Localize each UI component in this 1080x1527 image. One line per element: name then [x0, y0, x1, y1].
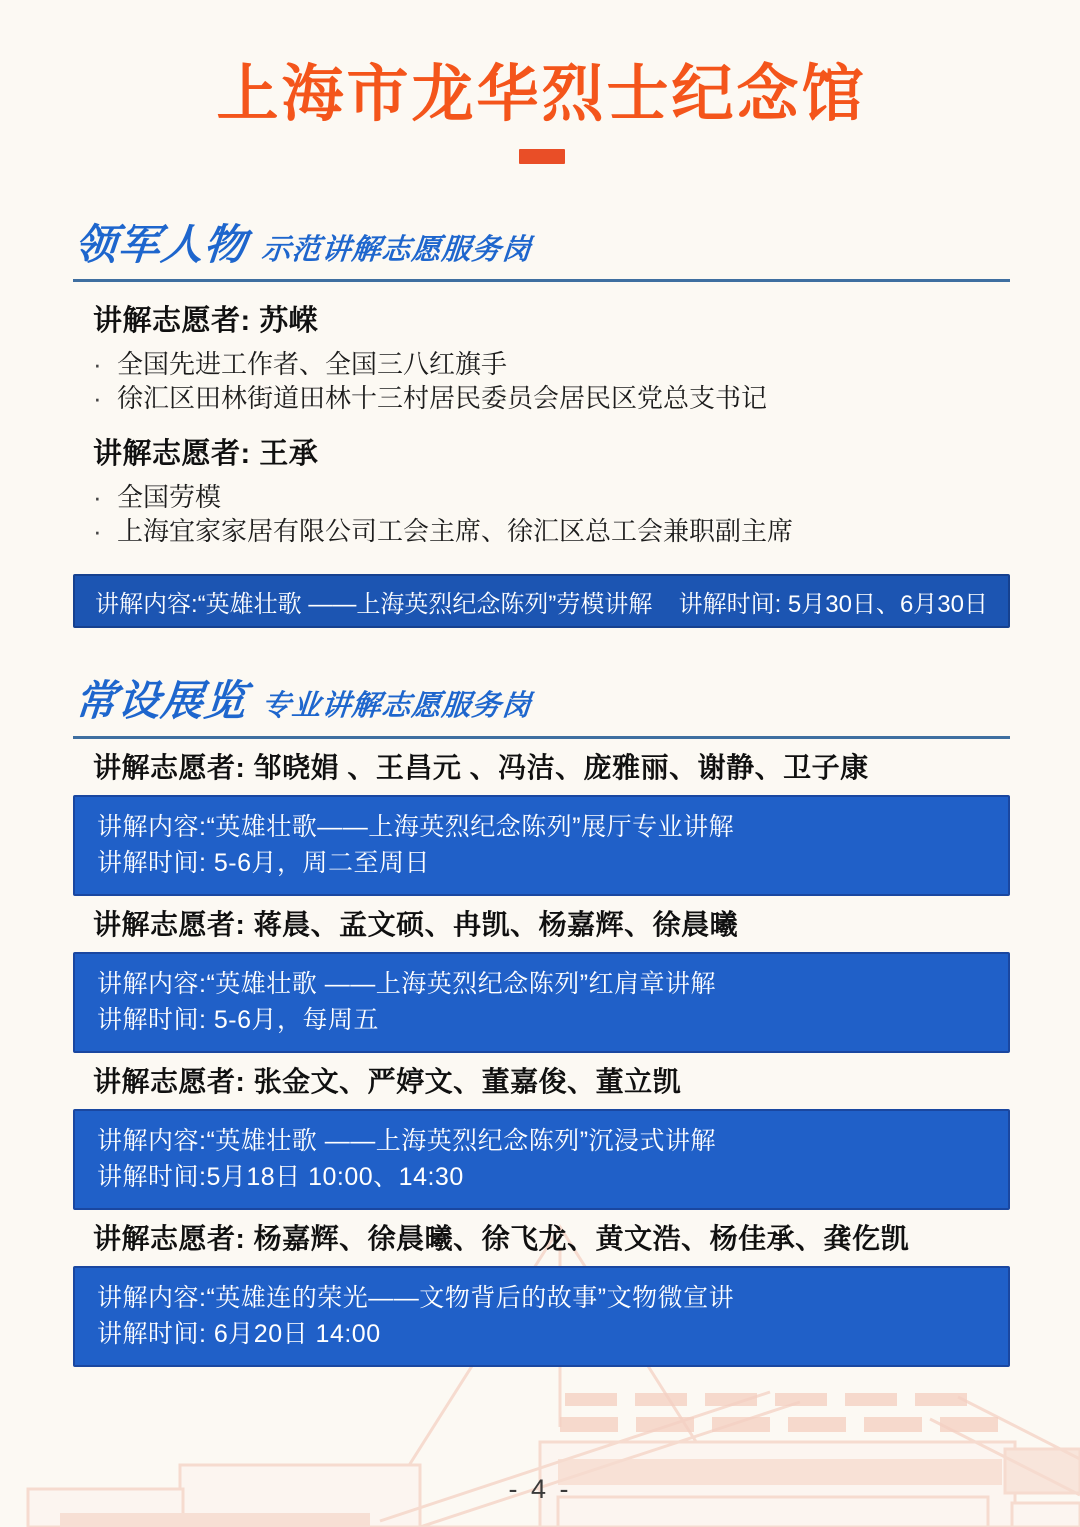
schedule-block: 讲解内容:“英雄壮歌 ——上海英烈纪念陈列”红肩章讲解 讲解时间: 5-6月，每…: [73, 952, 1010, 1053]
credential-text: 徐汇区田林街道田林十三村居民委员会居民区党总支书记: [117, 381, 767, 415]
section-exhibits-title: 常设展览: [73, 678, 249, 724]
volunteers-row: 讲解志愿者: 张金文、严婷文、董嘉俊、董立凯: [73, 1053, 1010, 1109]
bullet-icon: ·: [93, 381, 117, 415]
schedule-content: 讲解内容:“英雄壮歌——上海英烈纪念陈列”展厅专业讲解: [97, 811, 988, 843]
volunteers-row: 讲解志愿者: 蒋晨、孟文硕、冉凯、杨嘉辉、徐晨曦: [73, 896, 1010, 952]
section-exhibits-header: 常设展览 专业讲解志愿服务岗: [73, 678, 1014, 724]
volunteer-label: 讲解志愿者:: [93, 438, 259, 470]
schedule-time: 讲解时间: 6月20日 14:00: [97, 1318, 988, 1350]
schedule-block: 讲解内容:“英雄壮歌 ——上海英烈纪念陈列”沉浸式讲解 讲解时间:5月18日 1…: [73, 1109, 1010, 1210]
bullet-icon: ·: [93, 347, 117, 381]
schedule-time: 讲解时间: 5月30日、6月30日: [679, 584, 988, 619]
schedule-block: 讲解内容:“英雄壮歌——上海英烈纪念陈列”展厅专业讲解 讲解时间: 5-6月，周…: [73, 795, 1010, 896]
section-exhibits: 常设展览 专业讲解志愿服务岗 讲解志愿者: 邹晓娟 、王昌元 、冯洁、庞雅丽、谢…: [73, 678, 1010, 1366]
volunteer-name-line: 讲解志愿者: 王承: [93, 437, 1010, 471]
section-leaders-underline: [73, 279, 1010, 282]
volunteer-entry: 讲解志愿者: 王承 · 全国劳模 · 上海宜家家居有限公司工会主席、徐汇区总工会…: [73, 437, 1010, 548]
volunteer-name-line: 讲解志愿者: 苏嵘: [93, 304, 1010, 338]
volunteer-name: 王承: [259, 438, 318, 470]
credential-item: · 全国劳模: [93, 480, 1010, 514]
bullet-icon: ·: [93, 514, 117, 548]
page-title: 上海市龙华烈士纪念馆: [73, 0, 1010, 131]
schedule-content: 讲解内容:“英雄壮歌 ——上海英烈纪念陈列”沉浸式讲解: [97, 1125, 988, 1157]
volunteer-label: 讲解志愿者:: [93, 305, 259, 337]
poster-content: 上海市龙华烈士纪念馆 领军人物 示范讲解志愿服务岗 讲解志愿者: 苏嵘 · 全国…: [0, 0, 1080, 1367]
volunteers-row: 讲解志愿者: 杨嘉辉、徐晨曦、徐飞龙、黄文浩、杨佳承、龚仡凯: [73, 1210, 1010, 1266]
schedule-bar: 讲解内容:“英雄壮歌 ——上海英烈纪念陈列”劳模讲解 讲解时间: 5月30日、6…: [73, 574, 1010, 628]
section-exhibits-subtitle: 专业讲解志愿服务岗: [260, 691, 533, 723]
schedule-time: 讲解时间: 5-6月，每周五: [97, 1004, 988, 1036]
volunteers-row: 讲解志愿者: 邹晓娟 、王昌元 、冯洁、庞雅丽、谢静、卫子康: [73, 739, 1010, 795]
schedule-content: 讲解内容:“英雄连的荣光——文物背后的故事”文物微宣讲: [97, 1282, 988, 1314]
poster-page: 上海市龙华烈士纪念馆 领军人物 示范讲解志愿服务岗 讲解志愿者: 苏嵘 · 全国…: [0, 0, 1080, 1527]
schedule-time: 讲解时间: 5-6月，周二至周日: [97, 847, 988, 879]
section-leaders-subtitle: 示范讲解志愿服务岗: [260, 235, 533, 267]
schedule-block: 讲解内容:“英雄连的荣光——文物背后的故事”文物微宣讲 讲解时间: 6月20日 …: [73, 1266, 1010, 1367]
volunteer-credentials: · 全国先进工作者、全国三八红旗手 · 徐汇区田林街道田林十三村居民委员会居民区…: [93, 347, 1010, 415]
bullet-icon: ·: [93, 480, 117, 514]
title-dash-decoration: [519, 149, 565, 164]
credential-text: 全国先进工作者、全国三八红旗手: [117, 347, 507, 381]
section-leaders: 领军人物 示范讲解志愿服务岗 讲解志愿者: 苏嵘 · 全国先进工作者、全国三八红…: [73, 222, 1010, 628]
volunteer-name: 苏嵘: [259, 305, 318, 337]
volunteer-entry: 讲解志愿者: 苏嵘 · 全国先进工作者、全国三八红旗手 · 徐汇区田林街道田林十…: [73, 304, 1010, 415]
page-number: - 4 -: [0, 1474, 1080, 1505]
schedule-content: 讲解内容:“英雄壮歌 ——上海英烈纪念陈列”劳模讲解: [95, 584, 652, 619]
schedule-content: 讲解内容:“英雄壮歌 ——上海英烈纪念陈列”红肩章讲解: [97, 968, 988, 1000]
section-leaders-header: 领军人物 示范讲解志愿服务岗: [73, 222, 1014, 268]
section-leaders-title: 领军人物: [73, 222, 249, 268]
credential-text: 上海宜家家居有限公司工会主席、徐汇区总工会兼职副主席: [117, 514, 793, 548]
credential-text: 全国劳模: [117, 480, 221, 514]
volunteer-credentials: · 全国劳模 · 上海宜家家居有限公司工会主席、徐汇区总工会兼职副主席: [93, 480, 1010, 548]
schedule-time: 讲解时间:5月18日 10:00、14:30: [97, 1161, 988, 1193]
credential-item: · 上海宜家家居有限公司工会主席、徐汇区总工会兼职副主席: [93, 514, 1010, 548]
credential-item: · 全国先进工作者、全国三八红旗手: [93, 347, 1010, 381]
credential-item: · 徐汇区田林街道田林十三村居民委员会居民区党总支书记: [93, 381, 1010, 415]
